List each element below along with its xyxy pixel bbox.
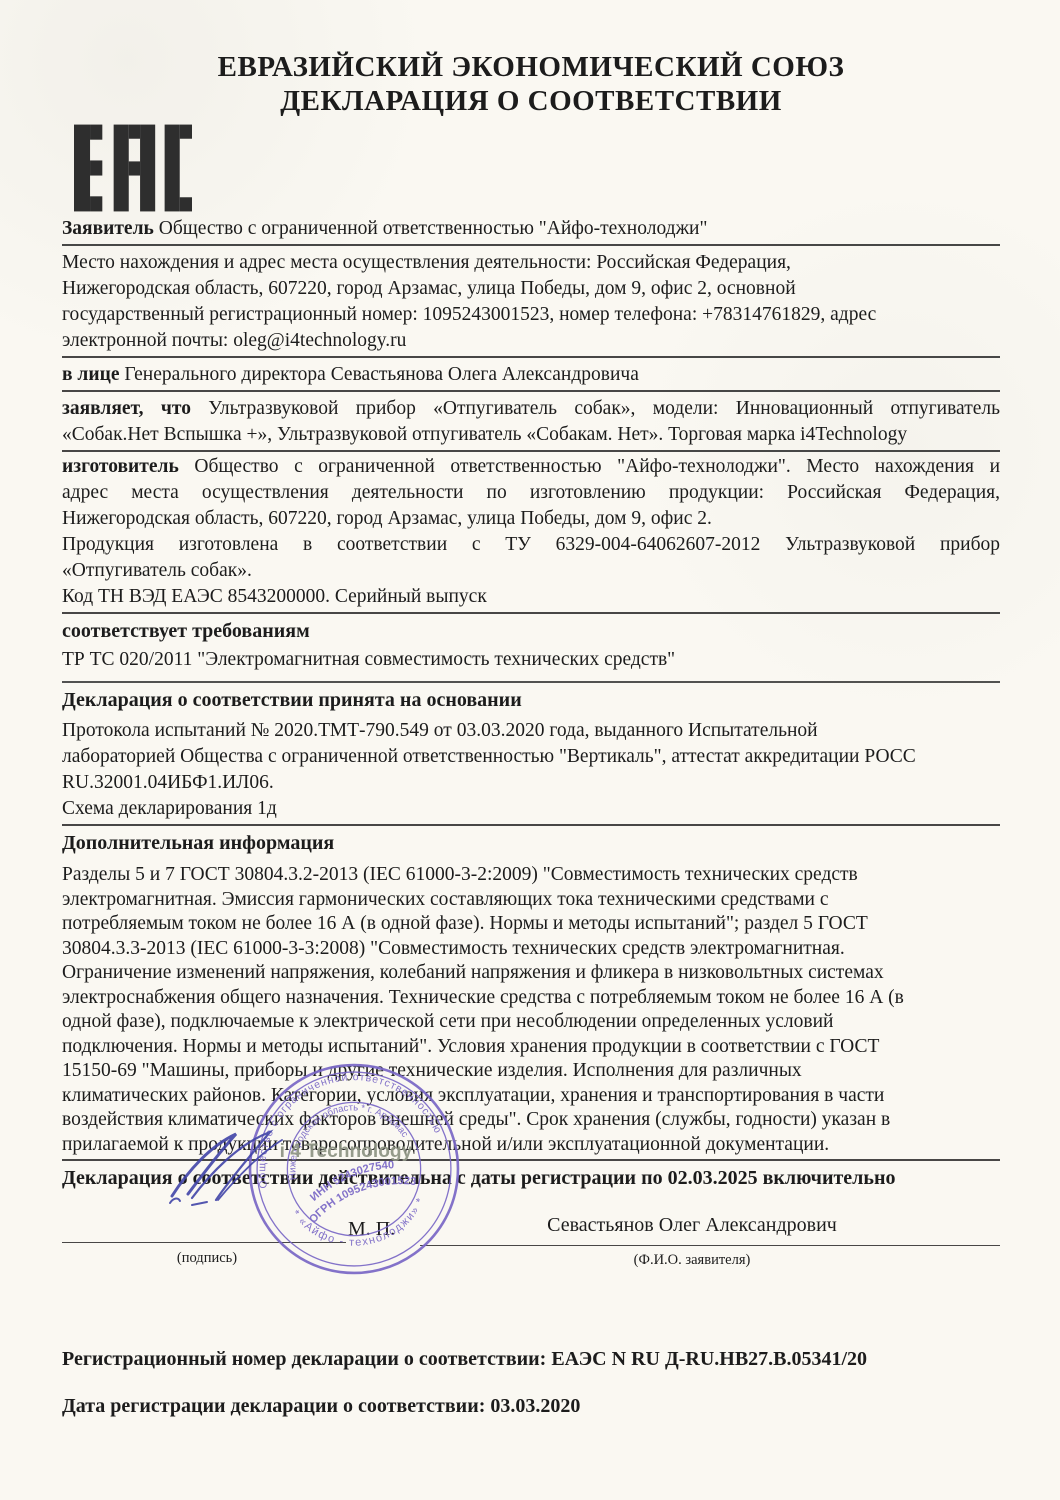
applicant-label: Заявитель — [62, 218, 154, 239]
manufacturer-line1: изготовитель Общество с ограниченной отв… — [62, 454, 1000, 480]
tnved-code-line: Код ТН ВЭД ЕАЭС 8543200000. Серийный вып… — [62, 584, 1000, 614]
eac-mark-icon — [74, 122, 1000, 214]
registration-date-label: Дата регистрации декларации о соответств… — [62, 1395, 485, 1417]
divider — [62, 681, 1000, 683]
basis-paragraph: Протокола испытаний № 2020.ТМТ-790.549 о… — [62, 718, 1000, 826]
additional-line: Разделы 5 и 7 ГОСТ 30804.3.2-2013 (IEC 6… — [62, 863, 1000, 888]
address-line-email: электронной почты: oleg@i4technology.ru — [62, 328, 1000, 358]
product-line1: Продукция изготовлена в соответствии с Т… — [62, 532, 1000, 558]
person-label: в лице — [62, 364, 119, 385]
manufacturer-line2: адрес места осуществления деятельности п… — [62, 480, 1000, 506]
additional-line: 30804.3.3-2013 (IEC 61000-3-3:2008) "Сов… — [62, 937, 1000, 962]
additional-header: Дополнительная информация — [62, 830, 1000, 857]
applicant-fio-name: Севастьянов Олег Александрович — [442, 1214, 942, 1237]
product-paragraph: Продукция изготовлена в соответствии с Т… — [62, 532, 1000, 614]
address-line: Место нахождения и адрес места осуществл… — [62, 250, 1000, 276]
person-line: в лице Генерального директора Севастьяно… — [62, 362, 1000, 392]
registration-number-value: ЕАЭС N RU Д-RU.НВ27.В.05341/20 — [551, 1348, 867, 1370]
address-line: государственный регистрационный номер: 1… — [62, 302, 1000, 328]
document-title-line1: ЕВРАЗИЙСКИЙ ЭКОНОМИЧЕСКИЙ СОЮЗ — [62, 50, 1000, 84]
conformity-text: ТР ТС 020/2011 "Электромагнитная совмест… — [62, 647, 1000, 673]
additional-paragraph: Разделы 5 и 7 ГОСТ 30804.3.2-2013 (IEC 6… — [62, 863, 1000, 1161]
applicant-line: Заявитель Общество с ограниченной ответс… — [62, 216, 1000, 246]
address-line: Нижегородская область, 607220, город Арз… — [62, 276, 1000, 302]
declaration-document: ЕВРАЗИЙСКИЙ ЭКОНОМИЧЕСКИЙ СОЮЗ ДЕКЛАРАЦИ… — [0, 0, 1060, 1500]
handwritten-signature — [158, 1126, 308, 1219]
conformity-header: соответствует требованиям — [62, 618, 1000, 645]
basis-header: Декларация о соответствии принята на осн… — [62, 687, 1000, 714]
manufacturer-paragraph: изготовитель Общество с ограниченной отв… — [62, 454, 1000, 532]
registration-number-line: Регистрационный номер декларации о соотв… — [62, 1346, 1000, 1373]
additional-line: одной фазе), подключаемые к электрическо… — [62, 1010, 1000, 1035]
additional-line: климатических районов. Категории, услови… — [62, 1084, 1000, 1109]
additional-line: подключения. Нормы и методы испытаний". … — [62, 1035, 1000, 1060]
basis-line: лабораторией Общества с ограниченной отв… — [62, 744, 1000, 770]
additional-line: потребляемым током не более 16 А (в одно… — [62, 912, 1000, 937]
declares-line2: «Собак.Нет Вспышка +», Ультразвуковой от… — [62, 422, 1000, 452]
registration-date-value: 03.03.2020 — [490, 1395, 580, 1417]
declares-paragraph: заявляет, что Ультразвуковой прибор «Отп… — [62, 396, 1000, 452]
declares-line1-text: Ультразвуковой прибор «Отпугиватель соба… — [208, 398, 1000, 419]
manufacturer-label: изготовитель — [62, 456, 179, 477]
registration-number-label: Регистрационный номер декларации о соотв… — [62, 1348, 546, 1370]
declares-line1: заявляет, что Ультразвуковой прибор «Отп… — [62, 396, 1000, 422]
applicant-value: Общество с ограниченной ответственностью… — [159, 218, 708, 239]
address-paragraph: Место нахождения и адрес места осуществл… — [62, 250, 1000, 358]
additional-line: Ограничение изменений напряжения, колеба… — [62, 961, 1000, 986]
additional-line: 15150-69 "Машины, приборы и другие техни… — [62, 1059, 1000, 1084]
additional-line: электроснабжения общего назначения. Техн… — [62, 986, 1000, 1011]
basis-line: Протокола испытаний № 2020.ТМТ-790.549 о… — [62, 718, 1000, 744]
product-line2: «Отпугиватель собак». — [62, 558, 1000, 584]
basis-line: RU.32001.04ИБФ1.ИЛ06. — [62, 770, 1000, 796]
declares-label: заявляет, что — [62, 398, 191, 419]
manufacturer-line1-text: Общество с ограниченной ответственностью… — [194, 456, 1000, 477]
fio-line — [420, 1245, 1000, 1246]
registration-date-line: Дата регистрации декларации о соответств… — [62, 1393, 1000, 1420]
scheme-line: Схема декларирования 1д — [62, 796, 1000, 826]
document-title-line2: ДЕКЛАРАЦИЯ О СООТВЕТСТВИИ — [62, 84, 1000, 118]
additional-line: электромагнитная. Эмиссия гармонических … — [62, 888, 1000, 913]
fio-caption: (Ф.И.О. заявителя) — [442, 1252, 942, 1269]
manufacturer-line3: Нижегородская область, 607220, город Арз… — [62, 506, 1000, 532]
person-value: Генерального директора Севастьянова Олег… — [124, 364, 639, 385]
